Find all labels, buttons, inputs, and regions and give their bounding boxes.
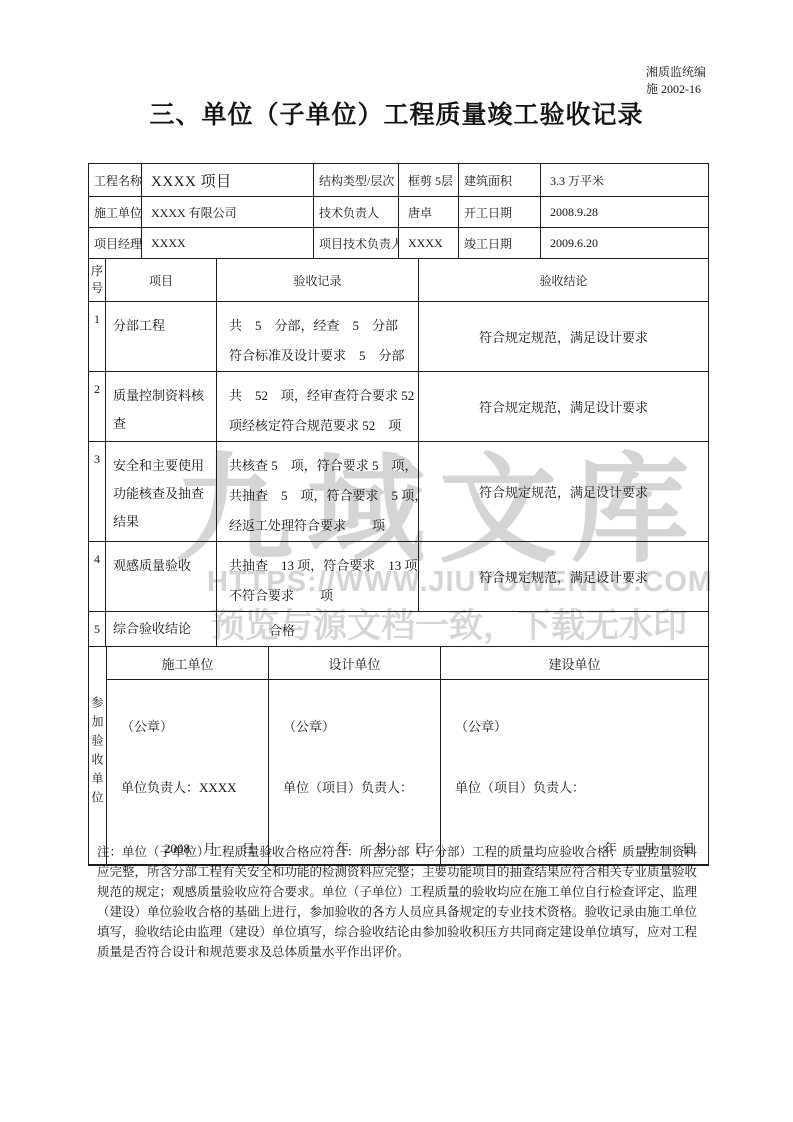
document-page: 九域文库 HTTPS://WWW.JIUYUWENKU.COM 预览与源文档一致… [0,0,793,1122]
official-seal-placeholder: （公章） [283,716,335,735]
project-tech-director-value: XXXX [399,228,459,259]
client-unit-signature-cell: （公章） 单位（项目）负责人： 年 月 日 [441,680,709,865]
completion-date-label: 竣工日期 [459,228,541,259]
record-line: 经返工处理符合要求 项 [229,511,414,541]
participants-side-label-text: 参加验收单位 [89,696,106,810]
item-name: 质量控制资料核查 [106,372,217,442]
conclusion-cell: 符合规定规范，满足设计要求 [419,442,709,542]
project-name-label: 工程名称 [89,164,142,197]
row-number: 4 [89,542,106,612]
project-manager-value: XXXX [142,228,314,259]
record-line: 共 52 项，经审查符合要求 52 [229,381,414,411]
record-line: 共抽查 5 项，符合要求 5 项， [229,481,414,511]
record-line: 项经核定符合规范要求 52 项 [229,411,414,441]
footnote-line: 质量是否符合设计和规范要求及总体质量水平作出评价。 [97,942,702,962]
project-manager-label: 项目经理 [89,228,142,259]
construction-unit-signature-cell: （公章） 单位负责人：XXXX 2008 月 日 [107,680,269,865]
structure-type-label: 结构类型/层次 [314,164,399,197]
conclusion-cell: 符合规定规范，满足设计要求 [419,372,709,442]
record-cell: 共核查 5 项，符合要求 5 项， 共抽查 5 项，符合要求 5 项， 经返工处… [217,442,419,542]
footnote: 注：单位（子单位）工程质量验收合格应符合：所含分部（子分部）工程的质量均应验收合… [97,842,702,962]
building-area-label: 建筑面积 [459,164,541,197]
record-cell: 共 5 分部，经查 5 分部 符合标准及设计要求 5 分部 [217,302,419,372]
construction-unit-label: 施工单位 [89,197,142,228]
item-name: 观感质量验收 [106,542,217,612]
form-code-line1: 湘质监统编 [646,64,706,81]
row-number: 2 [89,372,106,442]
official-seal-placeholder: （公章） [121,716,173,735]
page-title: 三、单位（子单位）工程质量竣工验收记录 [0,95,793,131]
tech-director-label: 技术负责人 [314,197,399,228]
item-name: 综合验收结论 [106,612,217,647]
design-unit-signature-cell: （公章） 单位（项目）负责人： 年 月 日 [269,680,441,865]
construction-unit-value: XXXX 有限公司 [142,197,314,228]
project-info-table: 工程名称 XXXX 项目 结构类型/层次 框剪 5层 建筑面积 3.3 万平米 … [88,163,709,259]
record-cell: 共抽查 13 项，符合要求 13 项， 不符合要求 项 [217,542,419,612]
footnote-line: 规范的规定；观感质量验收应符合要求。单位（子单位）工程质量的验收均应在施工单位自… [97,882,702,902]
footnote-line: （建设）单位验收合格的基础上进行，参加验收的各方人员应具备规定的专业技术资格。验… [97,902,702,922]
completion-date-value: 2009.6.20 [541,228,709,259]
project-tech-director-label: 项目技术负责人 [314,228,399,259]
table-row: 工程名称 XXXX 项目 结构类型/层次 框剪 5层 建筑面积 3.3 万平米 [89,164,709,197]
row-number: 5 [89,612,106,647]
record-cell: 共 52 项，经审查符合要求 52 项经核定符合规范要求 52 项 [217,372,419,442]
table-row: 2 质量控制资料核查 共 52 项，经审查符合要求 52 项经核定符合规范要求 … [89,372,709,442]
record-line: 不符合要求 项 [229,581,414,611]
row-number: 3 [89,442,106,542]
participants-side-label: 参加验收单位 [89,647,107,865]
row-number: 1 [89,302,106,372]
item-name: 安全和主要使用功能核查及抽查结果 [106,442,217,542]
record-line: 共核查 5 项，符合要求 5 项， [229,451,414,481]
table-header-row: 序号 项目 验收记录 验收结论 [89,259,709,302]
official-seal-placeholder: （公章） [455,716,507,735]
participants-table: 参加验收单位 施工单位 设计单位 建设单位 （公章） 单位负责人：XXXX 20… [88,646,709,866]
structure-type-value: 框剪 5层 [399,164,459,197]
col-header-item: 项目 [106,259,217,302]
footnote-line: 填写，验收结论由监理（建设）单位填写，综合验收结论由参加验收积压方共同商定建设单… [97,922,702,942]
table-row: 5 综合验收结论 合格 [89,612,709,647]
signer-line: 单位（项目）负责人： [283,777,413,796]
col-header-no: 序号 [89,259,106,302]
footnote-line: 注：单位（子单位）工程质量验收合格应符合：所含分部（子分部）工程的质量均应验收合… [97,842,702,862]
col-header-conclusion: 验收结论 [419,259,709,302]
form-code: 湘质监统编 施 2002-16 [646,64,706,98]
table-row: 1 分部工程 共 5 分部，经查 5 分部 符合标准及设计要求 5 分部 符合规… [89,302,709,372]
project-name-value: XXXX 项目 [142,164,314,197]
table-header-row: 参加验收单位 施工单位 设计单位 建设单位 [89,647,709,680]
col-header-record: 验收记录 [217,259,419,302]
construction-unit-column-header: 施工单位 [107,647,269,680]
design-unit-column-header: 设计单位 [269,647,441,680]
record-line: 共抽查 13 项，符合要求 13 项， [229,551,414,581]
form-tables: 工程名称 XXXX 项目 结构类型/层次 框剪 5层 建筑面积 3.3 万平米 … [88,163,709,866]
table-row: 4 观感质量验收 共抽查 13 项，符合要求 13 项， 不符合要求 项 符合规… [89,542,709,612]
signer-line: 单位负责人：XXXX [121,777,237,796]
building-area-value: 3.3 万平米 [541,164,709,197]
table-row: （公章） 单位负责人：XXXX 2008 月 日 （公章） 单位（项目）负责人：… [89,680,709,865]
record-line: 共 5 分部，经查 5 分部 [229,311,414,341]
table-row: 3 安全和主要使用功能核查及抽查结果 共核查 5 项，符合要求 5 项， 共抽查… [89,442,709,542]
tech-director-value: 唐卓 [399,197,459,228]
footnote-line: 应完整，所含分部工程有关安全和功能的检测资料应完整；主要功能项目的抽查结果应符合… [97,862,702,882]
client-unit-column-header: 建设单位 [441,647,709,680]
record-line: 符合标准及设计要求 5 分部 [229,341,414,371]
table-row: 项目经理 XXXX 项目技术负责人 XXXX 竣工日期 2009.6.20 [89,228,709,259]
start-date-value: 2008.9.28 [541,197,709,228]
table-row: 施工单位 XXXX 有限公司 技术负责人 唐卓 开工日期 2008.9.28 [89,197,709,228]
start-date-label: 开工日期 [459,197,541,228]
acceptance-record-table: 序号 项目 验收记录 验收结论 1 分部工程 共 5 分部，经查 5 分部 符合… [88,258,709,647]
overall-result-cell: 合格 [217,612,709,647]
signer-line: 单位（项目）负责人： [455,777,585,796]
conclusion-cell: 符合规定规范，满足设计要求 [419,542,709,612]
item-name: 分部工程 [106,302,217,372]
conclusion-cell: 符合规定规范，满足设计要求 [419,302,709,372]
